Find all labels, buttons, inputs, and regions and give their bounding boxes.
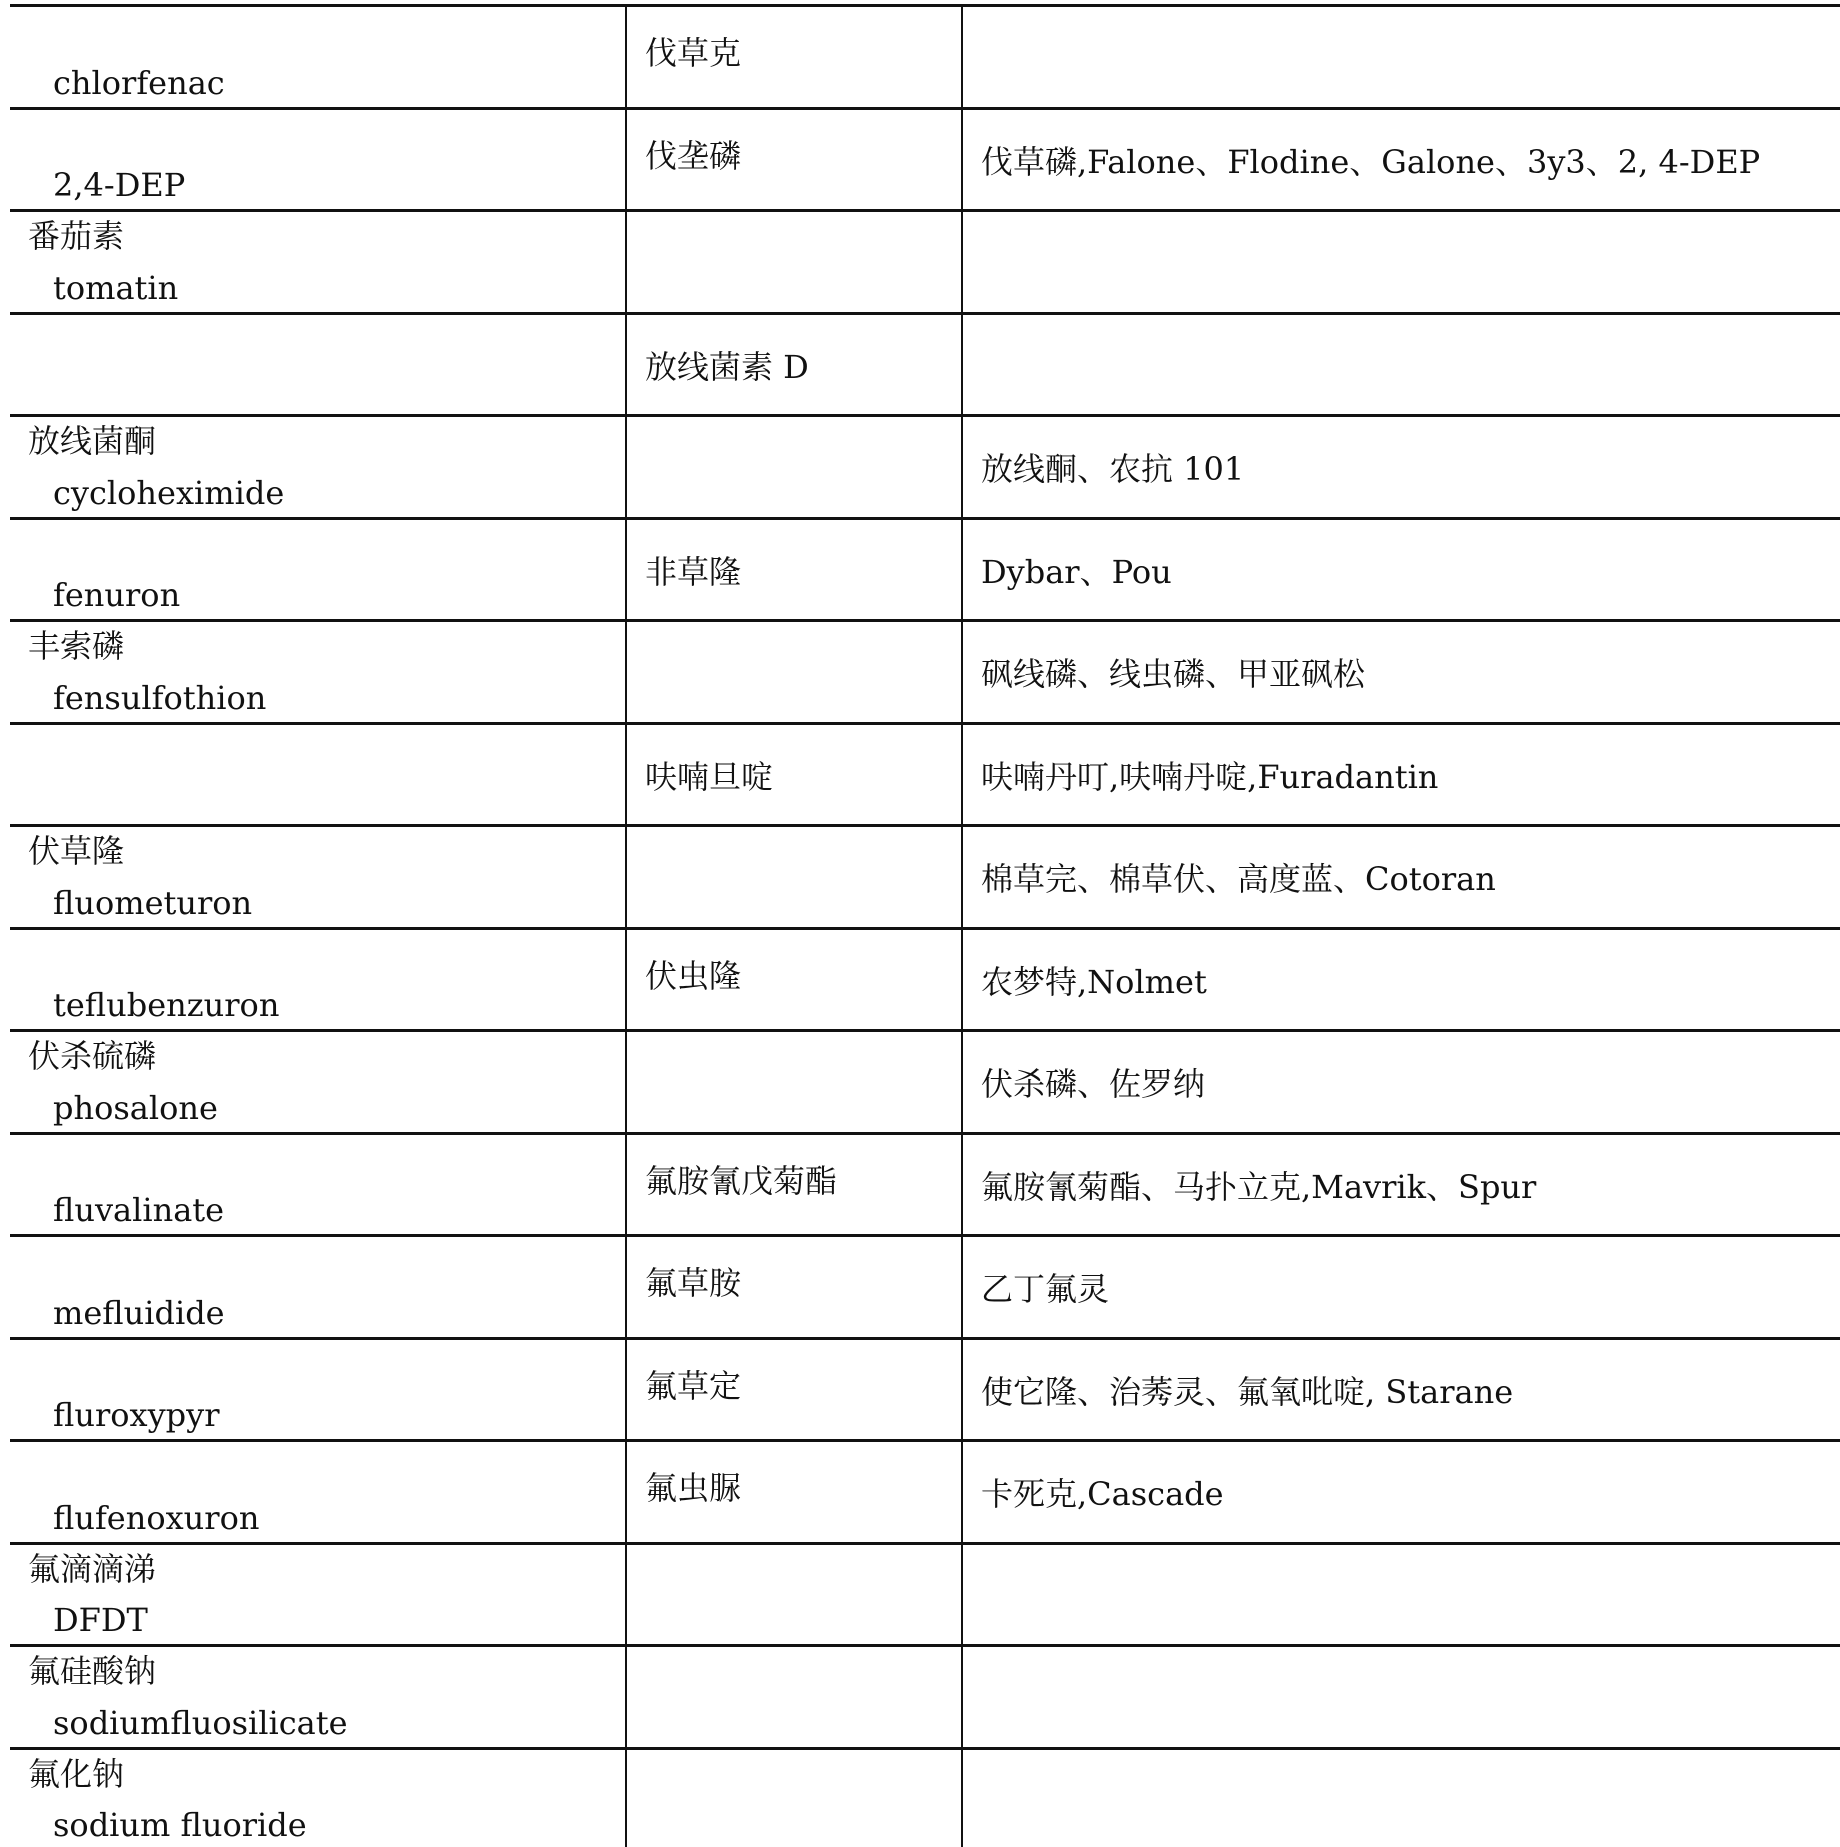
name-cell: 氟硅酸钠 sodiumfluosilicate: [10, 1647, 627, 1747]
name-cell: 伏杀硫磷 phosalone: [10, 1032, 627, 1132]
common-name-cell: 伐垄磷: [627, 110, 963, 210]
aliases: 放线酮、农抗 101: [981, 447, 1244, 491]
aliases: 氟胺氰菊酯、马扑立克,Mavrik、Spur: [981, 1165, 1536, 1209]
table-row: 伏杀硫磷 phosalone 伏杀磷、佐罗纳: [10, 1032, 1840, 1135]
common-name-cell: 呋喃旦啶: [627, 725, 963, 825]
chinese-name: 氟硅酸钠: [28, 1649, 156, 1693]
aliases-cell: 伐草磷,Falone、Flodine、Galone、3y3、2, 4-DEP: [963, 110, 1840, 210]
chinese-name: 番茄素: [28, 214, 124, 258]
table-row: fenuron 非草隆 Dybar、Pou: [10, 520, 1840, 623]
name-cell: fenuron: [10, 520, 627, 620]
table-row: 氟滴滴涕 DFDT: [10, 1545, 1840, 1648]
pesticide-names-table: chlorfenac 伐草克 2,4-DEP 伐垄磷 伐草磷,Falone、Fl…: [10, 4, 1840, 1847]
name-cell: fluvalinate: [10, 1135, 627, 1235]
common-name-cell: [627, 1545, 963, 1645]
name-cell: 放线菌酮 cycloheximide: [10, 417, 627, 517]
table-row: flufenoxuron 氟虫脲 卡死克,Cascade: [10, 1442, 1840, 1545]
common-name: 氟草胺: [645, 1261, 741, 1305]
common-name-cell: 氟胺氰戊菊酯: [627, 1135, 963, 1235]
name-cell: 丰索磷 fensulfothion: [10, 622, 627, 722]
english-name: chlorfenac: [53, 61, 225, 105]
common-name-cell: [627, 827, 963, 927]
aliases-cell: 使它隆、治莠灵、氟氧吡啶, Starane: [963, 1340, 1840, 1440]
aliases: 呋喃丹叮,呋喃丹啶,Furadantin: [981, 755, 1438, 799]
table-row: 氟化钠 sodium fluoride: [10, 1750, 1840, 1847]
aliases: 棉草完、棉草伏、高度蓝、Cotoran: [981, 857, 1496, 901]
common-name: 呋喃旦啶: [645, 755, 773, 799]
common-name-cell: [627, 1032, 963, 1132]
english-name: sodium fluoride: [53, 1803, 307, 1847]
table-row: teflubenzuron 伏虫隆 农梦特,Nolmet: [10, 930, 1840, 1033]
table-row: fluroxypyr 氟草定 使它隆、治莠灵、氟氧吡啶, Starane: [10, 1340, 1840, 1443]
aliases-cell: 卡死克,Cascade: [963, 1442, 1840, 1542]
english-name: tomatin: [53, 266, 178, 310]
common-name-cell: [627, 622, 963, 722]
chinese-name: 伏草隆: [28, 829, 124, 873]
aliases-cell: [963, 1647, 1840, 1747]
common-name-cell: [627, 417, 963, 517]
english-name: fensulfothion: [53, 676, 266, 720]
english-name: flufenoxuron: [53, 1496, 259, 1540]
name-cell: mefluidide: [10, 1237, 627, 1337]
english-name: sodiumfluosilicate: [53, 1701, 348, 1745]
chinese-name: 丰索磷: [28, 624, 124, 668]
name-cell: teflubenzuron: [10, 930, 627, 1030]
aliases: 伐草磷,Falone、Flodine、Galone、3y3、2, 4-DEP: [981, 140, 1760, 184]
table-row: mefluidide 氟草胺 乙丁氟灵: [10, 1237, 1840, 1340]
table-row: fluvalinate 氟胺氰戊菊酯 氟胺氰菊酯、马扑立克,Mavrik、Spu…: [10, 1135, 1840, 1238]
common-name-cell: 伏虫隆: [627, 930, 963, 1030]
aliases-cell: Dybar、Pou: [963, 520, 1840, 620]
table-row: 伏草隆 fluometuron 棉草完、棉草伏、高度蓝、Cotoran: [10, 827, 1840, 930]
english-name: phosalone: [53, 1086, 218, 1130]
english-name: DFDT: [53, 1598, 148, 1642]
chinese-name: 放线菌酮: [28, 419, 156, 463]
table-row: 丰索磷 fensulfothion 砜线磷、线虫磷、甲亚砜松: [10, 622, 1840, 725]
english-name: 2,4-DEP: [53, 163, 185, 207]
table-row: 放线菌素 D: [10, 315, 1840, 418]
common-name-cell: 非草隆: [627, 520, 963, 620]
aliases: 乙丁氟灵: [981, 1267, 1109, 1311]
common-name-cell: [627, 1647, 963, 1747]
table-row: 2,4-DEP 伐垄磷 伐草磷,Falone、Flodine、Galone、3y…: [10, 110, 1840, 213]
english-name: fenuron: [53, 573, 180, 617]
english-name: cycloheximide: [53, 471, 284, 515]
aliases-cell: 放线酮、农抗 101: [963, 417, 1840, 517]
english-name: fluroxypyr: [53, 1393, 220, 1437]
aliases-cell: 氟胺氰菊酯、马扑立克,Mavrik、Spur: [963, 1135, 1840, 1235]
table-row: 放线菌酮 cycloheximide 放线酮、农抗 101: [10, 417, 1840, 520]
name-cell: [10, 725, 627, 825]
aliases-cell: 农梦特,Nolmet: [963, 930, 1840, 1030]
name-cell: 伏草隆 fluometuron: [10, 827, 627, 927]
common-name: 非草隆: [645, 550, 741, 594]
table-row: chlorfenac 伐草克: [10, 7, 1840, 110]
common-name: 放线菌素 D: [645, 345, 809, 389]
common-name: 伐草克: [645, 31, 741, 75]
name-cell: 2,4-DEP: [10, 110, 627, 210]
common-name: 氟胺氰戊菊酯: [645, 1159, 837, 1203]
aliases: 卡死克,Cascade: [981, 1472, 1224, 1516]
table-row: 氟硅酸钠 sodiumfluosilicate: [10, 1647, 1840, 1750]
table-row: 呋喃旦啶 呋喃丹叮,呋喃丹啶,Furadantin: [10, 725, 1840, 828]
name-cell: chlorfenac: [10, 7, 627, 107]
aliases-cell: [963, 315, 1840, 415]
common-name-cell: 伐草克: [627, 7, 963, 107]
aliases: Dybar、Pou: [981, 550, 1172, 594]
english-name: mefluidide: [53, 1291, 225, 1335]
aliases-cell: [963, 7, 1840, 107]
common-name-cell: 放线菌素 D: [627, 315, 963, 415]
common-name-cell: [627, 212, 963, 312]
common-name: 氟虫脲: [645, 1466, 741, 1510]
aliases-cell: [963, 1545, 1840, 1645]
aliases-cell: [963, 212, 1840, 312]
aliases-cell: 棉草完、棉草伏、高度蓝、Cotoran: [963, 827, 1840, 927]
common-name-cell: [627, 1750, 963, 1847]
english-name: fluvalinate: [53, 1188, 224, 1232]
common-name-cell: 氟草胺: [627, 1237, 963, 1337]
aliases: 砜线磷、线虫磷、甲亚砜松: [981, 652, 1365, 696]
aliases: 使它隆、治莠灵、氟氧吡啶, Starane: [981, 1370, 1513, 1414]
name-cell: 番茄素 tomatin: [10, 212, 627, 312]
name-cell: [10, 315, 627, 415]
chinese-name: 伏杀硫磷: [28, 1034, 156, 1078]
name-cell: 氟化钠 sodium fluoride: [10, 1750, 627, 1847]
aliases: 伏杀磷、佐罗纳: [981, 1062, 1205, 1106]
aliases-cell: 砜线磷、线虫磷、甲亚砜松: [963, 622, 1840, 722]
common-name-cell: 氟草定: [627, 1340, 963, 1440]
name-cell: fluroxypyr: [10, 1340, 627, 1440]
chinese-name: 氟滴滴涕: [28, 1547, 156, 1591]
common-name: 氟草定: [645, 1364, 741, 1408]
table-row: 番茄素 tomatin: [10, 212, 1840, 315]
common-name: 伏虫隆: [645, 954, 741, 998]
aliases-cell: [963, 1750, 1840, 1847]
english-name: fluometuron: [53, 881, 252, 925]
aliases-cell: 伏杀磷、佐罗纳: [963, 1032, 1840, 1132]
english-name: teflubenzuron: [53, 983, 279, 1027]
name-cell: flufenoxuron: [10, 1442, 627, 1542]
aliases: 农梦特,Nolmet: [981, 960, 1207, 1004]
common-name-cell: 氟虫脲: [627, 1442, 963, 1542]
name-cell: 氟滴滴涕 DFDT: [10, 1545, 627, 1645]
aliases-cell: 呋喃丹叮,呋喃丹啶,Furadantin: [963, 725, 1840, 825]
aliases-cell: 乙丁氟灵: [963, 1237, 1840, 1337]
common-name: 伐垄磷: [645, 134, 741, 178]
chinese-name: 氟化钠: [28, 1752, 124, 1796]
